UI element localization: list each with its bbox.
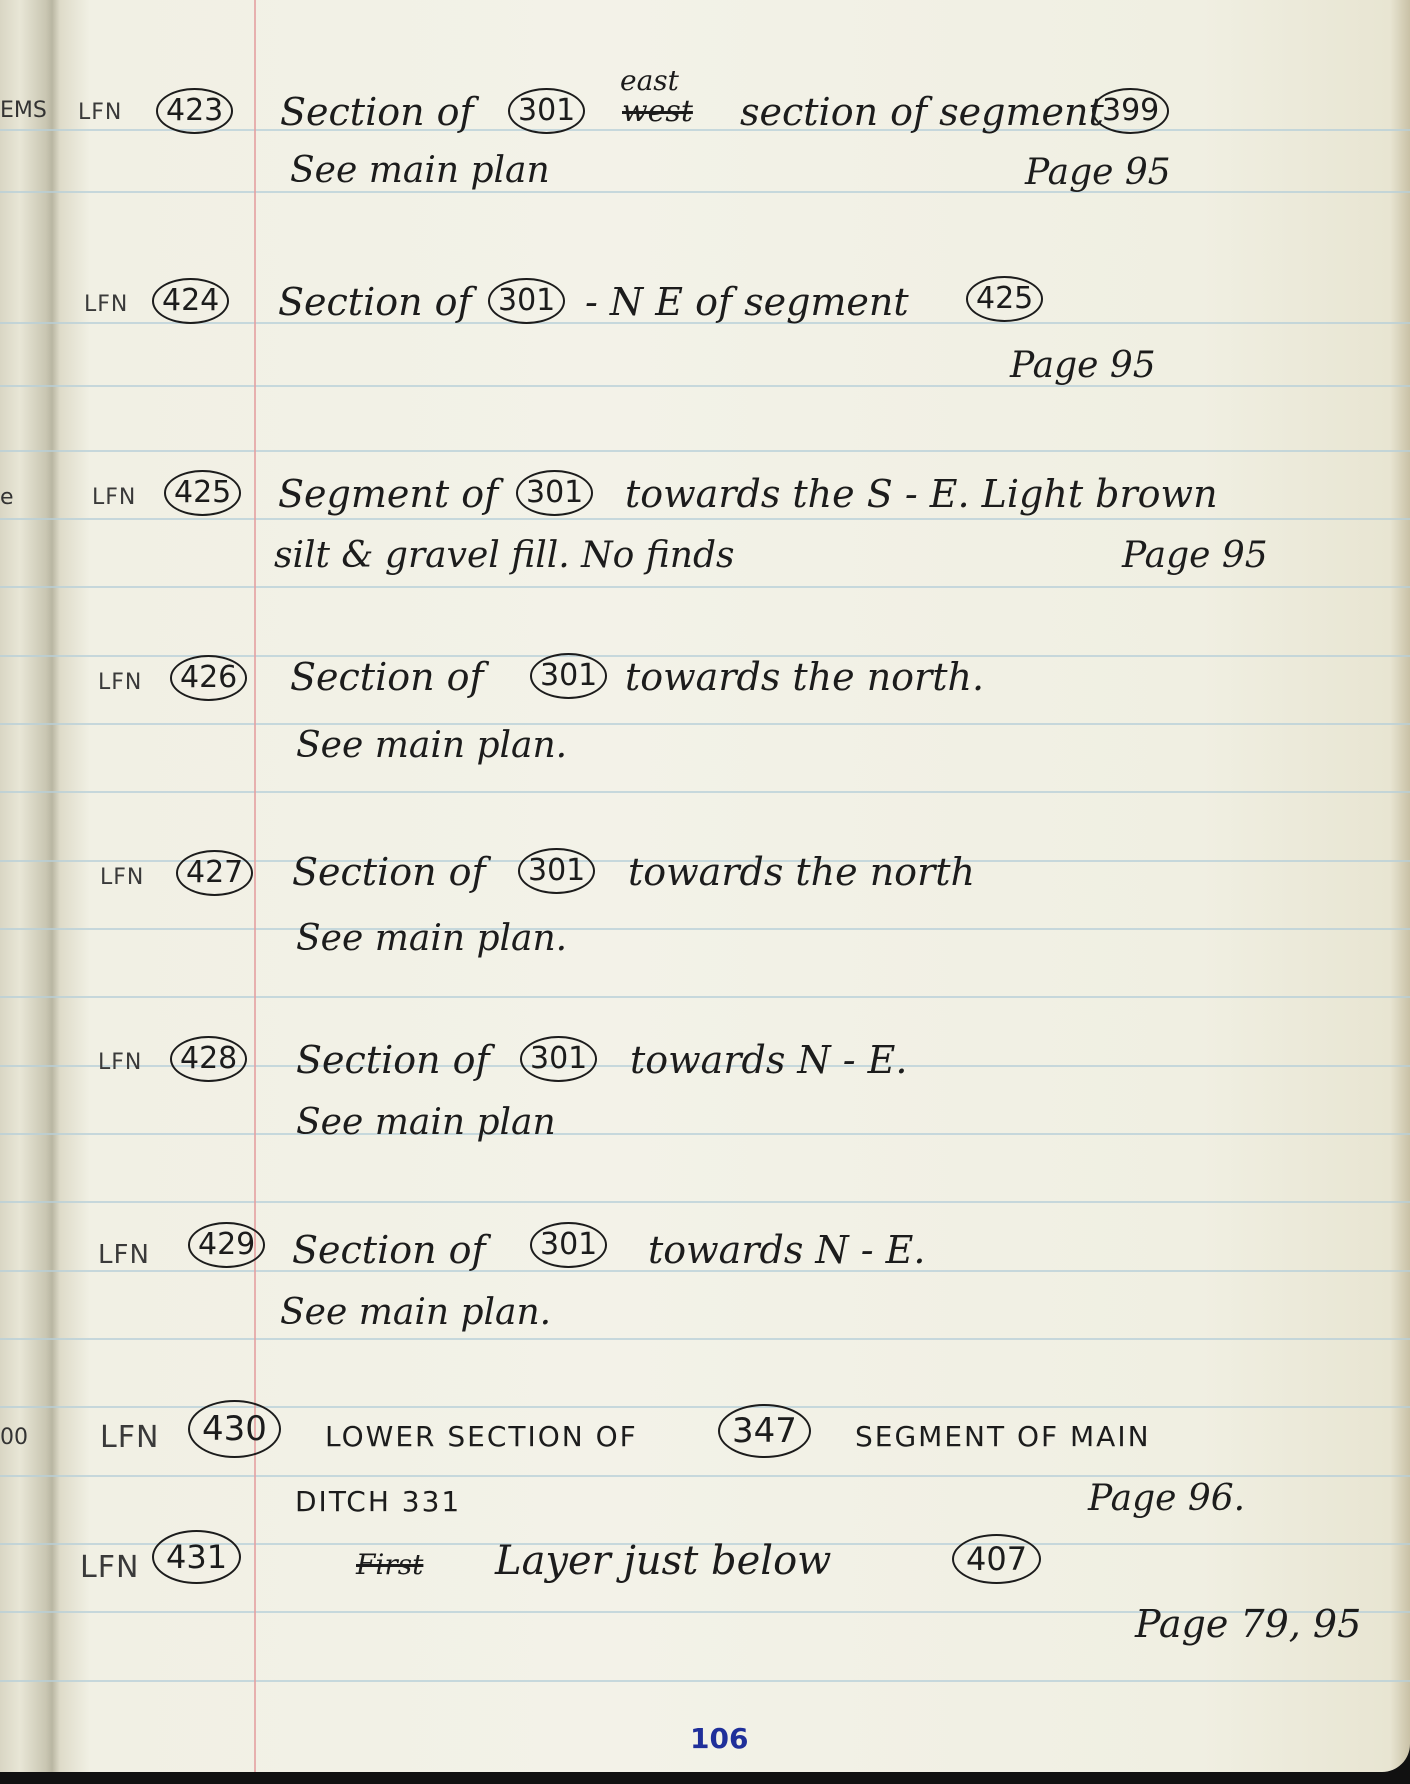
ruled-line: [0, 1680, 1410, 1682]
ruled-line: [0, 1133, 1410, 1135]
entry-text: Section of: [290, 655, 484, 699]
ruled-line: [0, 1475, 1410, 1477]
page-reference: Page 79, 95: [1135, 1602, 1361, 1646]
left-edge-fragment: EMS: [0, 98, 47, 123]
struck-text: west: [622, 94, 693, 129]
entry-text: Segment of: [278, 472, 498, 516]
ruled-line: [0, 586, 1410, 588]
context-number: 399: [1092, 88, 1169, 134]
context-number: 425: [966, 276, 1043, 322]
ruled-line: [0, 385, 1410, 387]
entry-note: See main plan: [290, 150, 550, 191]
entry-text: - N E of segment: [585, 280, 909, 324]
entry-text: towards the S - E. Light brown: [625, 472, 1218, 516]
entry-text: Section of: [296, 1038, 490, 1082]
ruled-line: [0, 1201, 1410, 1203]
entry-text: Section of: [292, 1228, 486, 1272]
ruled-line: [0, 450, 1410, 452]
context-number: 347: [718, 1404, 811, 1458]
entry-text: Section of: [292, 850, 486, 894]
lfn-label: LFN: [98, 1240, 150, 1270]
lfn-number: 429: [188, 1222, 265, 1268]
lfn-label: LFN: [78, 100, 122, 125]
lfn-label: LFN: [84, 292, 128, 317]
entry-note: silt & gravel fill. No finds: [274, 535, 734, 576]
ruled-line: [0, 191, 1410, 193]
lfn-number: 431: [152, 1530, 241, 1584]
entry-text: Section of: [278, 280, 472, 324]
lfn-label: LFN: [80, 1550, 139, 1585]
ruled-line: [0, 1338, 1410, 1340]
page-reference: Page 95: [1122, 535, 1268, 576]
entry-note: DITCH 331: [295, 1485, 461, 1518]
entry-note: See main plan: [296, 1102, 556, 1143]
lfn-number: 425: [164, 470, 241, 516]
lfn-label: LFN: [98, 1050, 142, 1075]
entry-text: LOWER SECTION OF: [325, 1420, 638, 1453]
page-reference: Page 96.: [1088, 1478, 1245, 1519]
context-number: 301: [488, 278, 565, 324]
lfn-number: 423: [156, 88, 233, 134]
entry-text: Section of: [280, 90, 474, 134]
left-edge-fragment: 00: [0, 1425, 28, 1450]
entry-text: towards N - E.: [630, 1038, 907, 1082]
page-number: 106: [690, 1722, 748, 1755]
entry-text: towards the north: [628, 850, 975, 894]
context-number: 301: [516, 470, 593, 516]
struck-text: First: [356, 1548, 423, 1581]
entry-note: See main plan.: [280, 1292, 551, 1333]
page-reference: Page 95: [1010, 345, 1156, 386]
scan-edge: [0, 1772, 1410, 1784]
lfn-number: 426: [170, 655, 247, 701]
lfn-number: 430: [188, 1400, 281, 1458]
left-edge-fragment: e: [0, 485, 14, 510]
entry-text: SEGMENT OF MAIN: [855, 1420, 1151, 1453]
entry-text: towards the north.: [625, 655, 984, 699]
notebook-page: EMS e 00 LFN 423 Section of 301 east wes…: [0, 0, 1410, 1772]
ruled-line: [0, 996, 1410, 998]
ruled-line: [0, 928, 1410, 930]
lfn-number: 428: [170, 1036, 247, 1082]
entry-text: towards N - E.: [648, 1228, 925, 1272]
entry-note: See main plan.: [296, 725, 567, 766]
lfn-number: 427: [176, 850, 253, 896]
ruled-line: [0, 791, 1410, 793]
lfn-label: LFN: [98, 670, 142, 695]
context-number: 407: [952, 1534, 1041, 1584]
ruled-line: [0, 723, 1410, 725]
context-number: 301: [530, 653, 607, 699]
context-number: 301: [530, 1222, 607, 1268]
entry-text: Layer just below: [495, 1538, 831, 1584]
lfn-label: LFN: [100, 865, 144, 890]
context-number: 301: [518, 848, 595, 894]
page-reference: Page 95: [1025, 152, 1171, 193]
lfn-label: LFN: [100, 1420, 159, 1455]
context-number: 301: [508, 88, 585, 134]
lfn-label: LFN: [92, 485, 136, 510]
margin-line: [254, 0, 256, 1772]
entry-note: See main plan.: [296, 918, 567, 959]
lfn-number: 424: [152, 278, 229, 324]
entry-text: section of segment: [740, 90, 1104, 134]
context-number: 301: [520, 1036, 597, 1082]
correction-insert: east: [620, 64, 679, 97]
ruled-line: [0, 518, 1410, 520]
